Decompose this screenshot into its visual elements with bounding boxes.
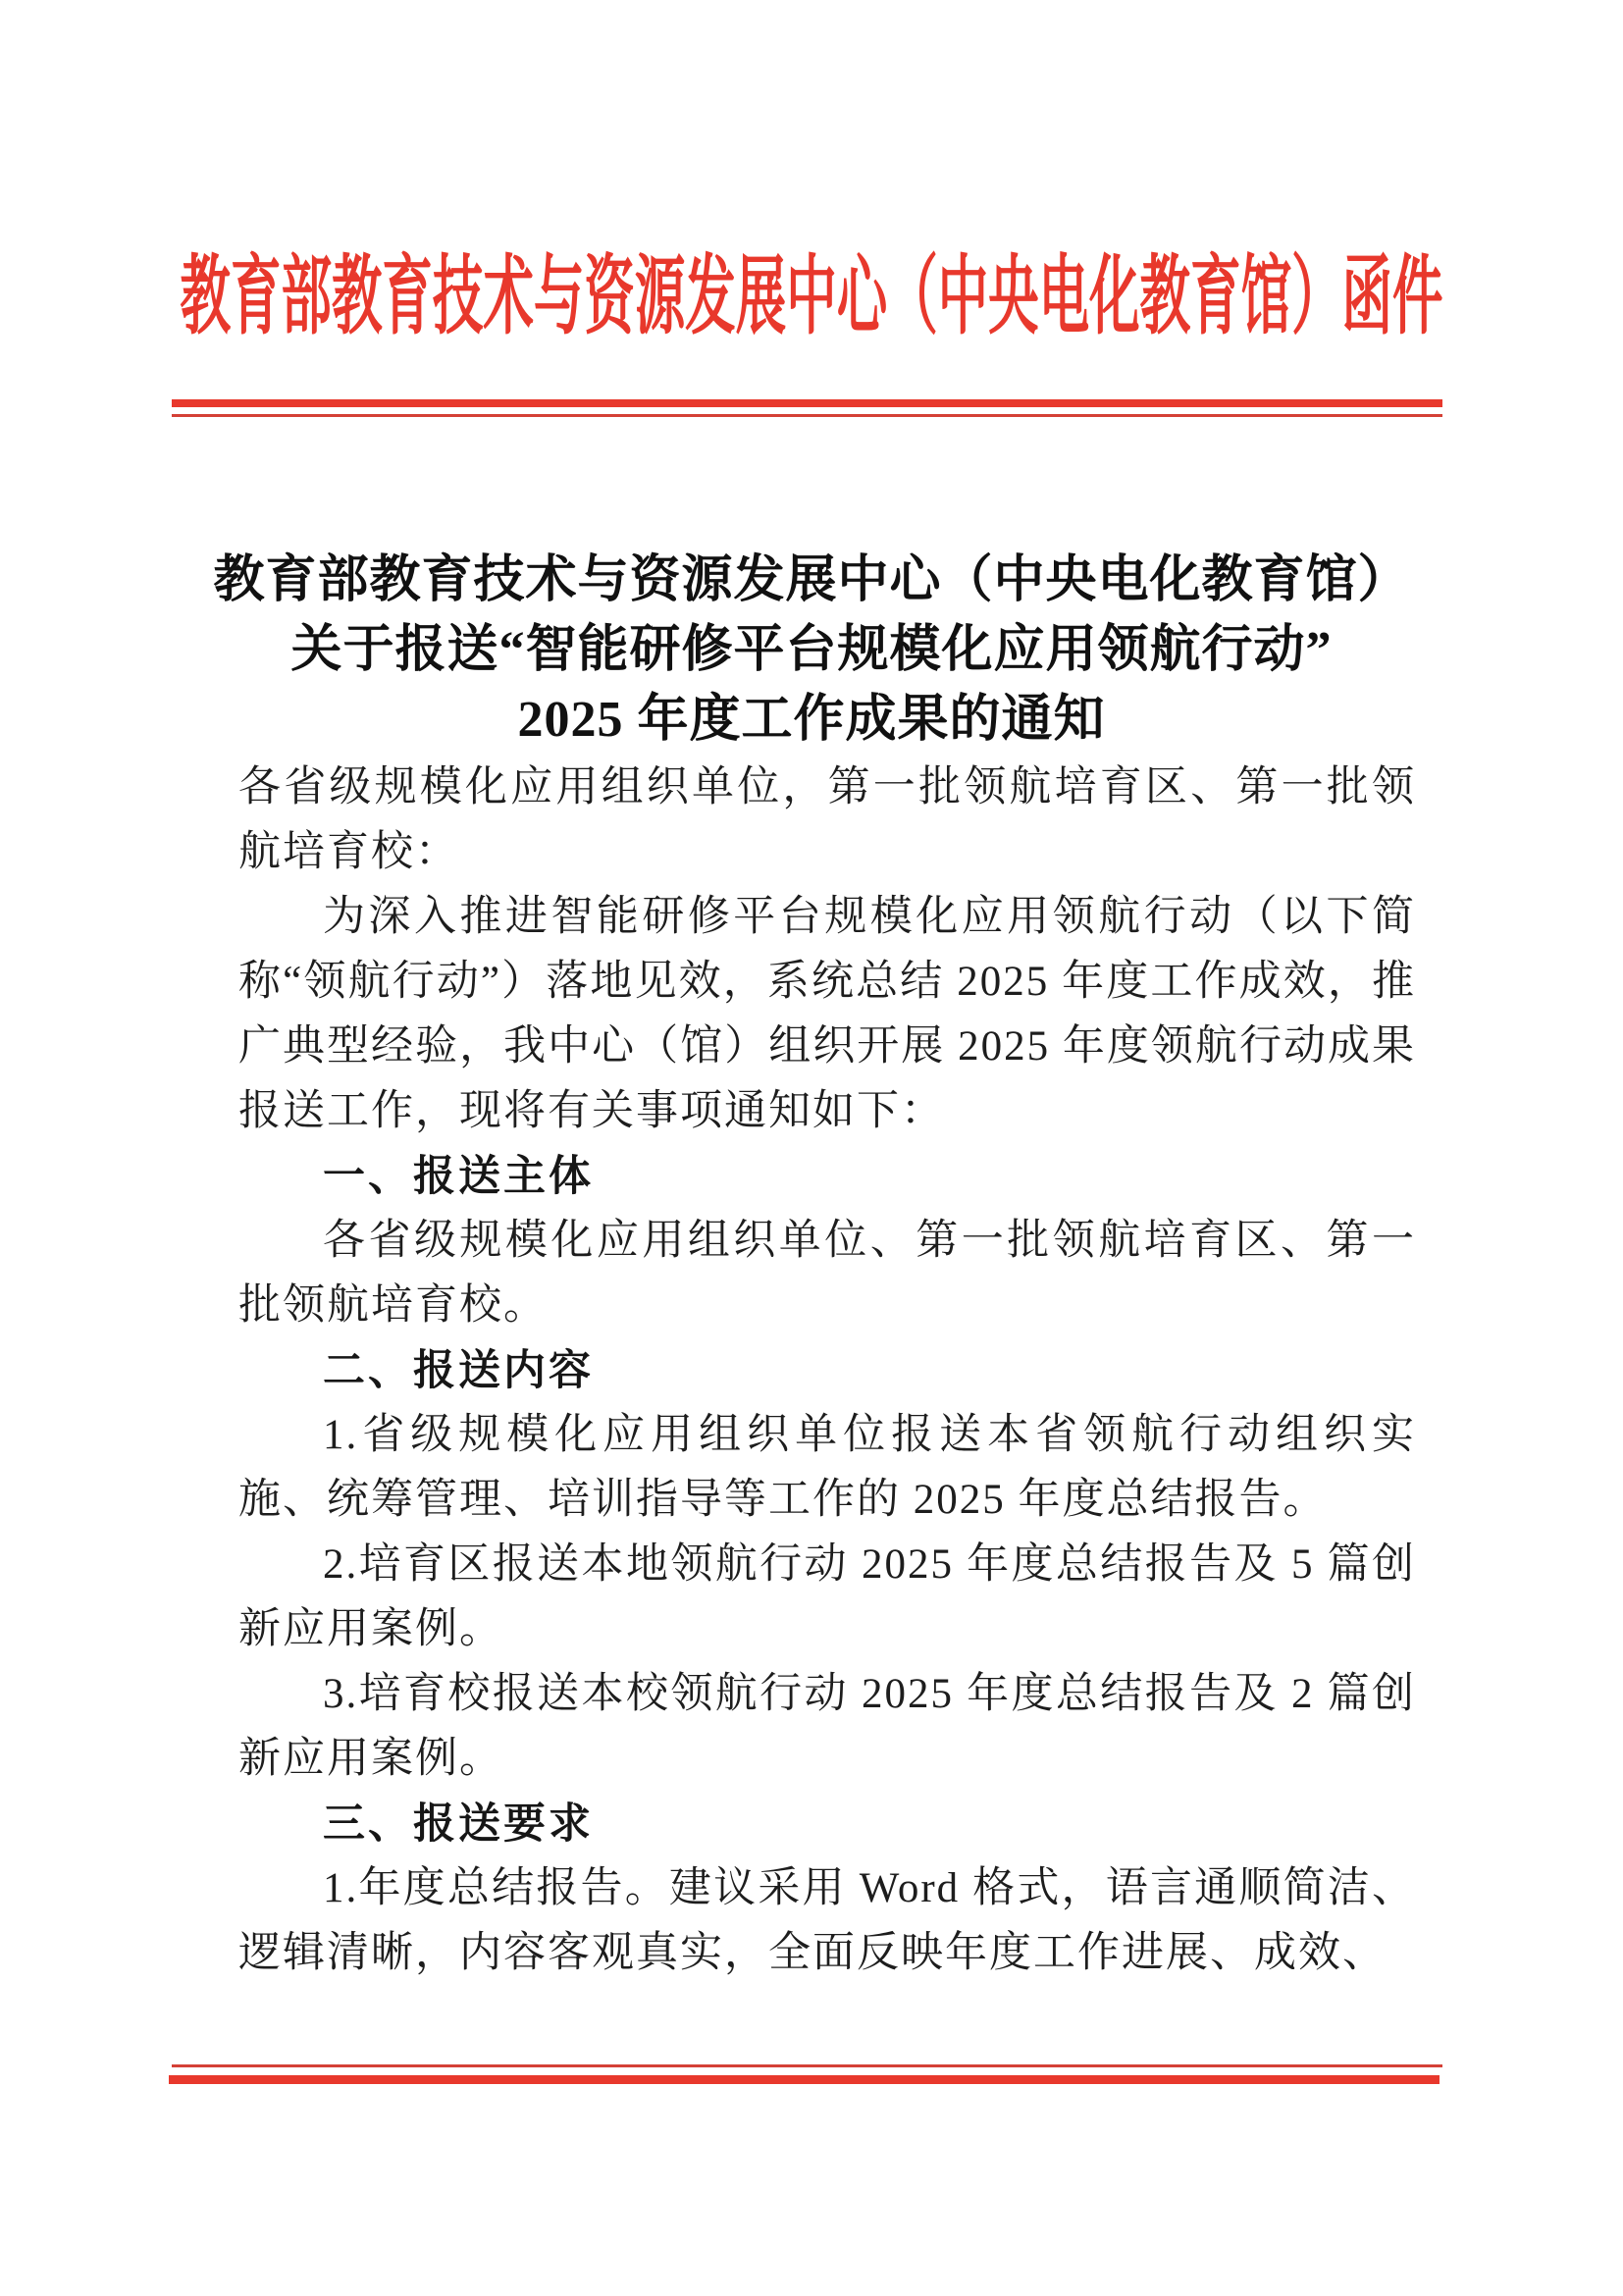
section1-paragraph: 各省级规模化应用组织单位、第一批领航培育区、第一批领航培育校。 <box>238 1209 1416 1338</box>
section3-item-1: 1.年度总结报告。建议采用 Word 格式，语言通顺简洁、逻辑清晰，内容客观真实… <box>238 1856 1416 1986</box>
section-heading-1: 一、报送主体 <box>238 1144 1416 1209</box>
intro-paragraph: 为深入推进智能研修平台规模化应用领航行动（以下简称“领航行动”）落地见效，系统总… <box>238 885 1416 1144</box>
header-rule-thin <box>172 414 1442 417</box>
salutation-paragraph: 各省级规模化应用组织单位，第一批领航培育区、第一批领航培育校： <box>238 756 1416 885</box>
doc-title-line-1: 教育部教育技术与资源发展中心（中央电化教育馆） <box>0 546 1623 615</box>
footer-rule-thin <box>172 2064 1442 2067</box>
footer-rule-thick <box>169 2075 1440 2084</box>
letterhead: 教育部教育技术与资源发展中心（中央电化教育馆）函件 <box>0 247 1623 349</box>
header-rule-thick <box>172 399 1442 407</box>
section-heading-3: 三、报送要求 <box>238 1792 1416 1856</box>
letterhead-title: 教育部教育技术与资源发展中心（中央电化教育馆）函件 <box>181 249 1443 347</box>
document-body: 各省级规模化应用组织单位，第一批领航培育区、第一批领航培育校： 为深入推进智能研… <box>238 756 1416 1986</box>
doc-title-line-3: 2025 年度工作成果的通知 <box>0 685 1623 755</box>
section2-item-3: 3.培育校报送本校领航行动 2025 年度总结报告及 2 篇创新应用案例。 <box>238 1662 1416 1792</box>
section-heading-2: 二、报送内容 <box>238 1338 1416 1403</box>
doc-title: 教育部教育技术与资源发展中心（中央电化教育馆） 关于报送“智能研修平台规模化应用… <box>0 546 1623 755</box>
doc-title-line-2: 关于报送“智能研修平台规模化应用领航行动” <box>0 615 1623 685</box>
document-page: 教育部教育技术与资源发展中心（中央电化教育馆）函件 教育部教育技术与资源发展中心… <box>0 0 1623 2296</box>
section2-item-1: 1.省级规模化应用组织单位报送本省领航行动组织实施、统筹管理、培训指导等工作的 … <box>238 1403 1416 1533</box>
section2-item-2: 2.培育区报送本地领航行动 2025 年度总结报告及 5 篇创新应用案例。 <box>238 1533 1416 1662</box>
